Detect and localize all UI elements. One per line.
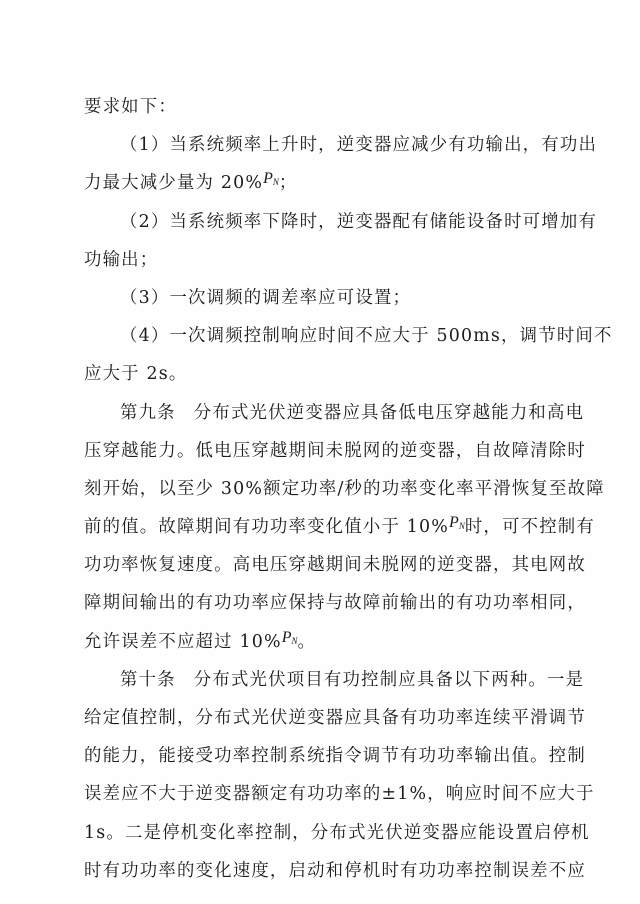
article-9-number: 第九条 bbox=[120, 403, 176, 423]
pn-symbol: PN bbox=[282, 629, 298, 646]
pn-symbol: PN bbox=[449, 514, 465, 531]
text-segment: 时，可不控制有 bbox=[465, 517, 595, 537]
text-line-requirements-intro: 要求如下： bbox=[84, 88, 558, 126]
pn-symbol-subscript: N bbox=[292, 636, 298, 646]
text-line-item-3: （3）一次调频的调差率应可设置； bbox=[84, 279, 558, 317]
pn-symbol: PN bbox=[263, 170, 279, 187]
text-segment: 。 bbox=[298, 632, 317, 652]
pn-symbol-subscript: N bbox=[459, 521, 465, 531]
text-line-item-2: （2）当系统频率下降时，逆变器配有储能设备时可增加有 bbox=[84, 203, 558, 241]
text-line-article-10-cont-5: 时有功功率的变化速度，启动和停机时有功功率控制误差不应 bbox=[84, 852, 558, 890]
document-page: 要求如下： （1）当系统频率上升时，逆变器应减少有功输出，有功出 力最大减少量为… bbox=[84, 88, 558, 890]
text-line-item-1: （1）当系统频率上升时，逆变器应减少有功输出，有功出 bbox=[84, 126, 558, 164]
text-segment: 力最大减少量为 20% bbox=[84, 173, 263, 193]
text-line-item-4: （4）一次调频控制响应时间不应大于 500ms，调节时间不 bbox=[84, 317, 558, 355]
text-segment: 允许误差不应超过 10% bbox=[84, 632, 282, 652]
text-line-item-1-cont: 力最大减少量为 20%PN； bbox=[84, 164, 558, 202]
text-line-article-9-cont-5: 障期间输出的有功功率应保持与故障前输出的有功功率相同， bbox=[84, 584, 558, 622]
pn-symbol-subscript: N bbox=[273, 177, 279, 187]
pn-symbol-letter: P bbox=[449, 514, 459, 531]
text-segment: ； bbox=[279, 173, 298, 193]
text-line-article-9-cont-6: 允许误差不应超过 10%PN。 bbox=[84, 623, 558, 661]
text-line-article-10-cont-3: 误差应不大于逆变器额定有功功率的±1%，响应时间不应大于 bbox=[84, 775, 558, 813]
text-line-item-4-cont: 应大于 2s。 bbox=[84, 355, 558, 393]
text-line-article-10-cont-2: 的能力，能接受功率控制系统指令调节有功功率输出值。控制 bbox=[84, 737, 558, 775]
text-segment: 前的值。故障期间有功功率变化值小于 10% bbox=[84, 517, 449, 537]
text-segment: 分布式光伏项目有功控制应具备以下两种。一是 bbox=[194, 670, 584, 690]
text-line-article-10-cont-4: 1s。二是停机变化率控制，分布式光伏逆变器应能设置启停机 bbox=[84, 814, 558, 852]
text-segment: 分布式光伏逆变器应具备低电压穿越能力和高电 bbox=[194, 403, 584, 423]
text-line-article-10: 第十条分布式光伏项目有功控制应具备以下两种。一是 bbox=[84, 661, 558, 699]
text-line-article-9-cont-2: 刻开始，以至少 30%额定功率/秒的功率变化率平滑恢复至故障 bbox=[84, 470, 558, 508]
text-line-article-9: 第九条分布式光伏逆变器应具备低电压穿越能力和高电 bbox=[84, 394, 558, 432]
text-line-article-9-cont-1: 压穿越能力。低电压穿越期间未脱网的逆变器，自故障清除时 bbox=[84, 432, 558, 470]
pn-symbol-letter: P bbox=[263, 170, 273, 187]
article-10-number: 第十条 bbox=[120, 670, 176, 690]
pn-symbol-letter: P bbox=[282, 629, 292, 646]
text-line-item-2-cont: 功输出； bbox=[84, 241, 558, 279]
text-line-article-10-cont-1: 给定值控制，分布式光伏逆变器应具备有功功率连续平滑调节 bbox=[84, 699, 558, 737]
text-line-article-9-cont-3: 前的值。故障期间有功功率变化值小于 10%PN时，可不控制有 bbox=[84, 508, 558, 546]
text-line-article-9-cont-4: 功功率恢复速度。高电压穿越期间未脱网的逆变器，其电网故 bbox=[84, 546, 558, 584]
